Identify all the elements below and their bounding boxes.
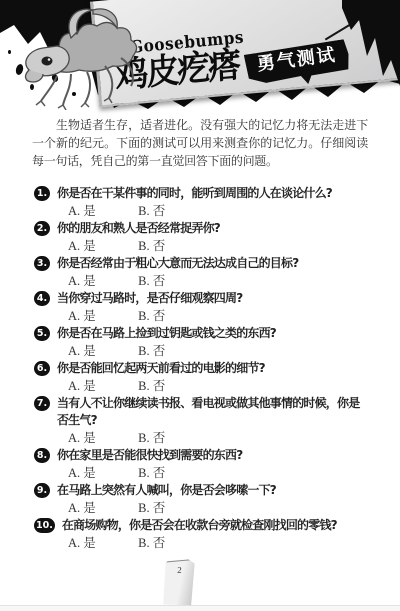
option-a: A. 是	[68, 500, 135, 517]
page-bottom-band	[0, 606, 400, 611]
question-block: 5. 你是否在马路上捡到过钥匙或钱之类的东西? A. 是 B. 否	[34, 325, 370, 360]
question-number-badge: 1.	[34, 186, 50, 201]
option-a: A. 是	[68, 343, 135, 360]
question-list: 1. 你是否在干某件事的同时，能听到周围的人在谈论什么? A. 是 B. 否 2…	[34, 185, 370, 552]
question-number-badge: 2.	[34, 221, 50, 236]
intro-paragraph: 生物适者生存，适者进化。没有强大的记忆力将无法走进下一个新的纪元。下面的测试可以…	[32, 116, 368, 170]
question-block: 7. 当有人不让你继续读书报、看电视或做其他事情的时候，你是否生气? A. 是 …	[34, 395, 370, 447]
question-row: 8. 你在家里是否能很快找到需要的东西?	[34, 447, 370, 464]
option-a: A. 是	[68, 308, 135, 325]
answer-options: A. 是 B. 否	[34, 307, 370, 325]
question-text: 你的朋友和熟人是否经常捉弄你?	[57, 220, 220, 237]
question-text: 你在家里是否能很快找到需要的东西?	[57, 447, 242, 464]
question-text: 你是否经常由于粗心大意而无法达成自己的目标?	[57, 255, 298, 272]
question-number-badge: 7.	[34, 396, 50, 411]
question-block: 2. 你的朋友和熟人是否经常捉弄你? A. 是 B. 否	[34, 220, 370, 255]
question-text: 你是否在马路上捡到过钥匙或钱之类的东西?	[57, 325, 276, 342]
question-text: 你是否在干某件事的同时，能听到周围的人在谈论什么?	[57, 185, 332, 202]
question-text: 在商场购物，你是否会在收款台旁就检查刚找回的零钱?	[62, 517, 337, 534]
question-number-badge: 6.	[34, 361, 50, 376]
answer-options: A. 是 B. 否	[34, 202, 370, 220]
question-row: 7. 当有人不让你继续读书报、看电视或做其他事情的时候，你是否生气?	[34, 395, 370, 429]
monster-icon	[12, 4, 154, 110]
option-a: A. 是	[68, 203, 135, 220]
page-number-tab: 2	[163, 558, 195, 605]
question-row: 5. 你是否在马路上捡到过钥匙或钱之类的东西?	[34, 325, 370, 342]
question-number-badge: 8.	[34, 448, 50, 463]
answer-options: A. 是 B. 否	[34, 272, 370, 290]
option-b: B. 否	[138, 343, 165, 360]
option-a: A. 是	[68, 378, 135, 395]
option-a: A. 是	[68, 273, 135, 290]
option-b: B. 否	[138, 430, 165, 447]
ink-splatter	[8, 50, 11, 54]
question-block: 10. 在商场购物，你是否会在收款台旁就检查刚找回的零钱? A. 是 B. 否	[34, 517, 370, 552]
answer-options: A. 是 B. 否	[34, 534, 370, 552]
option-b: B. 否	[138, 273, 165, 290]
option-b: B. 否	[138, 203, 165, 220]
question-row: 4. 当你穿过马路时，是否仔细观察四周?	[34, 290, 370, 307]
question-row: 3. 你是否经常由于粗心大意而无法达成自己的目标?	[34, 255, 370, 272]
question-row: 10. 在商场购物，你是否会在收款台旁就检查刚找回的零钱?	[34, 517, 370, 534]
book-page: Goosebumps 鸡皮疙瘩 勇气测试	[0, 0, 400, 611]
option-b: B. 否	[138, 238, 165, 255]
answer-options: A. 是 B. 否	[34, 464, 370, 482]
section-title-box: 勇气测试	[243, 39, 351, 92]
question-number-badge: 3.	[34, 256, 50, 271]
option-b: B. 否	[138, 535, 165, 552]
question-text: 你是否能回忆起两天前看过的电影的细节?	[57, 360, 265, 377]
question-block: 3. 你是否经常由于粗心大意而无法达成自己的目标? A. 是 B. 否	[34, 255, 370, 290]
question-text: 在马路上突然有人喊叫，你是否会哆嗦一下?	[57, 482, 276, 499]
question-number-badge: 5.	[34, 326, 50, 341]
answer-options: A. 是 B. 否	[34, 342, 370, 360]
question-row: 2. 你的朋友和熟人是否经常捉弄你?	[34, 220, 370, 237]
option-a: A. 是	[68, 430, 135, 447]
answer-options: A. 是 B. 否	[34, 429, 370, 447]
section-title: 勇气测试	[243, 39, 350, 82]
answer-options: A. 是 B. 否	[34, 499, 370, 517]
question-row: 1. 你是否在干某件事的同时，能听到周围的人在谈论什么?	[34, 185, 370, 202]
question-block: 9. 在马路上突然有人喊叫，你是否会哆嗦一下? A. 是 B. 否	[34, 482, 370, 517]
question-number-badge: 9.	[34, 483, 50, 498]
option-a: A. 是	[68, 535, 135, 552]
answer-options: A. 是 B. 否	[34, 377, 370, 395]
option-a: A. 是	[68, 238, 135, 255]
option-a: A. 是	[68, 465, 135, 482]
question-block: 6. 你是否能回忆起两天前看过的电影的细节? A. 是 B. 否	[34, 360, 370, 395]
question-text: 当你穿过马路时，是否仔细观察四周?	[57, 290, 242, 307]
question-block: 1. 你是否在干某件事的同时，能听到周围的人在谈论什么? A. 是 B. 否	[34, 185, 370, 220]
question-block: 8. 你在家里是否能很快找到需要的东西? A. 是 B. 否	[34, 447, 370, 482]
question-number-badge: 4.	[34, 291, 50, 306]
question-row: 9. 在马路上突然有人喊叫，你是否会哆嗦一下?	[34, 482, 370, 499]
question-block: 4. 当你穿过马路时，是否仔细观察四周? A. 是 B. 否	[34, 290, 370, 325]
question-number-badge: 10.	[34, 518, 55, 533]
option-b: B. 否	[138, 465, 165, 482]
answer-options: A. 是 B. 否	[34, 237, 370, 255]
question-row: 6. 你是否能回忆起两天前看过的电影的细节?	[34, 360, 370, 377]
option-b: B. 否	[138, 500, 165, 517]
question-text: 当有人不让你继续读书报、看电视或做其他事情的时候，你是否生气?	[57, 395, 370, 429]
option-b: B. 否	[138, 378, 165, 395]
option-b: B. 否	[138, 308, 165, 325]
page-header: Goosebumps 鸡皮疙瘩 勇气测试	[0, 0, 400, 108]
